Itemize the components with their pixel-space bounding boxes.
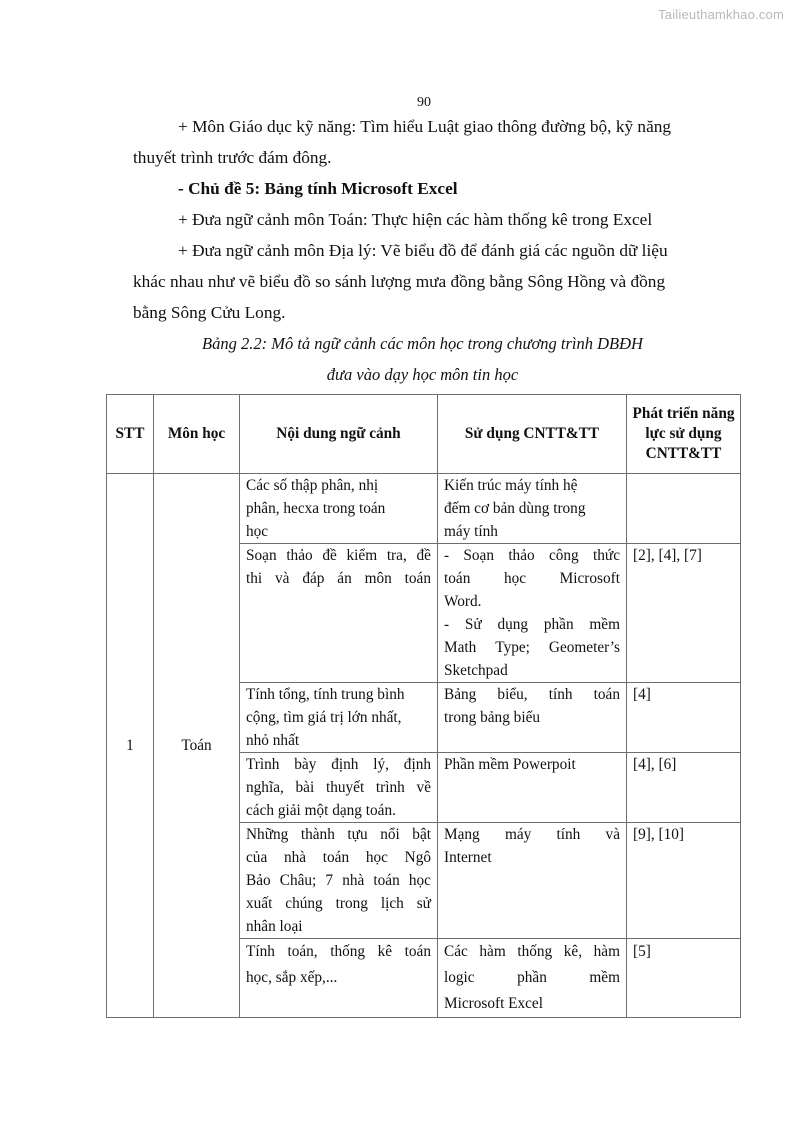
watermark: Tailieuthamkhao.com [658, 7, 784, 22]
cell-content: Các số thập phân, nhịphân, hecxa trong t… [240, 474, 438, 544]
cell-references: [5] [627, 939, 741, 1018]
cell-text-line: Các số thập phân, nhị [246, 474, 431, 497]
cell-text-line: Trìnhbàyđịnhlý,định [246, 753, 431, 776]
cell-text-line: học, sắp xếp,... [246, 965, 431, 991]
cell-text-line: máy tính [444, 520, 620, 543]
caption-line: Bảng 2.2: Mô tả ngữ cảnh các môn học tro… [106, 328, 739, 359]
cell-text-line: -Soạnthảocôngthức [444, 544, 620, 567]
cell-text-line: nhỏ nhất [246, 729, 431, 752]
cell-text-line: Tính tổng, tính trung bình [246, 683, 431, 706]
text-line: + Môn Giáo dục kỹ năng: Tìm hiểu Luật gi… [133, 111, 718, 142]
cell-ict-usage: Kiến trúc máy tính hệđếm cơ bản dùng tro… [438, 474, 627, 544]
cell-text-line: Bảngbiểu,tínhtoán [444, 683, 620, 706]
cell-content: NhữngthànhtựunổibậtcủanhàtoánhọcNgôBảoCh… [240, 823, 438, 939]
cell-content: Tínhtoán,thốngkêtoánhọc, sắp xếp,... [240, 939, 438, 1018]
cell-content: Tính tổng, tính trung bìnhcộng, tìm giá … [240, 683, 438, 753]
cell-references: [4] [627, 683, 741, 753]
cell-text-line: MathType;Geometer’s [444, 636, 620, 659]
cell-references: [2], [4], [7] [627, 544, 741, 683]
cell-text-line: thivàđápánmôntoán [246, 567, 431, 590]
header-stt: STT [107, 395, 154, 474]
cell-references: [4], [6] [627, 753, 741, 823]
cell-text-line: Kiến trúc máy tính hệ [444, 474, 620, 497]
text-line: + Đưa ngữ cảnh môn Toán: Thực hiện các h… [133, 204, 718, 235]
paragraph-math: + Đưa ngữ cảnh môn Toán: Thực hiện các h… [133, 204, 718, 235]
cell-stt: 1 [107, 474, 154, 1018]
cell-ict-usage: Cáchàmthốngkê,hàmlogicphầnmềmMicrosoft E… [438, 939, 627, 1018]
cell-text-line: nghĩa,bàithuyếttrìnhvề [246, 776, 431, 799]
cell-text-line: nhân loại [246, 915, 431, 938]
cell-references: [9], [10] [627, 823, 741, 939]
cell-text-line: Tínhtoán,thốngkêtoán [246, 939, 431, 965]
caption-line: đưa vào dạy học môn tin học [106, 359, 739, 390]
cell-text-line: Word. [444, 590, 620, 613]
cell-text-line: toánhọcMicrosoft [444, 567, 620, 590]
cell-text-line: cộng, tìm giá trị lớn nhất, [246, 706, 431, 729]
cell-text-line: Internet [444, 846, 620, 869]
paragraph-skills: + Môn Giáo dục kỹ năng: Tìm hiểu Luật gi… [133, 111, 718, 173]
cell-content: Soạnthảođềkiểmtra,đềthivàđápánmôntoán [240, 544, 438, 683]
text-line: khác nhau như vẽ biểu đồ so sánh lượng m… [133, 266, 718, 297]
heading-text: - Chủ đề 5: Bảng tính Microsoft Excel [133, 173, 718, 204]
cell-text-line: Phần mềm Powerpoit [444, 753, 620, 776]
cell-text-line: Cáchàmthốngkê,hàm [444, 939, 620, 965]
table-caption: Bảng 2.2: Mô tả ngữ cảnh các môn học tro… [106, 328, 739, 390]
text-line: + Đưa ngữ cảnh môn Địa lý: Vẽ biểu đồ để… [133, 235, 718, 266]
cell-text-line: trong bảng biểu [444, 706, 620, 729]
context-table: STT Môn học Nội dung ngữ cảnh Sử dụng CN… [106, 394, 741, 1018]
cell-content: Trìnhbàyđịnhlý,địnhnghĩa,bàithuyếttrìnhv… [240, 753, 438, 823]
header-ict-usage: Sử dụng CNTT&TT [438, 395, 627, 474]
cell-text-line: -Sửdụngphầnmềm [444, 613, 620, 636]
text-line: thuyết trình trước đám đông. [133, 142, 718, 173]
cell-subject: Toán [154, 474, 240, 1018]
cell-ict-usage: Bảngbiểu,tínhtoántrong bảng biểu [438, 683, 627, 753]
cell-ict-usage: MạngmáytínhvàInternet [438, 823, 627, 939]
header-subject: Môn học [154, 395, 240, 474]
cell-text-line: logicphầnmềm [444, 965, 620, 991]
text-line: bằng Sông Cửu Long. [133, 297, 718, 328]
cell-text-line: xuấtchúngtronglịchsử [246, 892, 431, 915]
cell-text-line: củanhàtoánhọcNgô [246, 846, 431, 869]
header-ict-competency: Phát triển năng lực sử dụng CNTT&TT [627, 395, 741, 474]
paragraph-geography: + Đưa ngữ cảnh môn Địa lý: Vẽ biểu đồ để… [133, 235, 718, 328]
cell-text-line: Mạngmáytínhvà [444, 823, 620, 846]
section-heading: - Chủ đề 5: Bảng tính Microsoft Excel [133, 173, 718, 204]
cell-text-line: cách giải một dạng toán. [246, 799, 431, 822]
cell-text-line: BảoChâu;7nhàtoánhọc [246, 869, 431, 892]
cell-text-line: phân, hecxa trong toán [246, 497, 431, 520]
cell-text-line: học [246, 520, 431, 543]
table-header-row: STT Môn học Nội dung ngữ cảnh Sử dụng CN… [107, 395, 741, 474]
cell-references [627, 474, 741, 544]
cell-text-line: Soạnthảođềkiểmtra,đề [246, 544, 431, 567]
cell-text-line: đếm cơ bản dùng trong [444, 497, 620, 520]
page-number: 90 [0, 95, 794, 111]
table-row: 1ToánCác số thập phân, nhịphân, hecxa tr… [107, 474, 741, 544]
cell-text-line: Nhữngthànhtựunổibật [246, 823, 431, 846]
cell-text-line: Sketchpad [444, 659, 620, 682]
cell-ict-usage: -SoạnthảocôngthứctoánhọcMicrosoftWord.-S… [438, 544, 627, 683]
cell-text-line: Microsoft Excel [444, 991, 620, 1017]
cell-ict-usage: Phần mềm Powerpoit [438, 753, 627, 823]
header-content: Nội dung ngữ cảnh [240, 395, 438, 474]
